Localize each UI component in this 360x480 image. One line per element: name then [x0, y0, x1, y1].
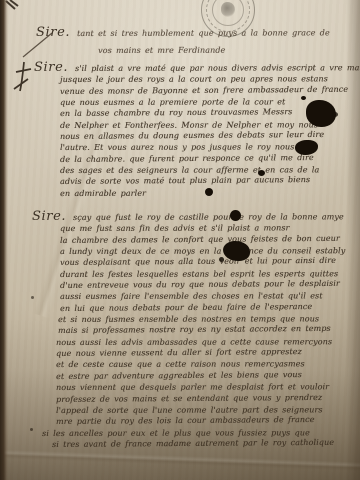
ink-blot-satellite: [219, 257, 224, 262]
paragraph-opening-sire: Sire.: [32, 209, 66, 224]
ink-blot-large-2: [223, 241, 250, 261]
manuscript-line: d'une entreveue vous du roy que nous deb…: [60, 279, 345, 293]
ink-blot-satellite: [301, 96, 306, 100]
bottom-shadow: [0, 370, 360, 480]
manuscript-line: la chambre des dames le confort que vous…: [60, 233, 345, 247]
manuscript-line: en lui que nous debats pour de beau fair…: [60, 302, 345, 316]
ink-spot: [258, 170, 265, 176]
paragraph-opening-sire: Sire.: [34, 60, 68, 75]
margin-ink-dot: [31, 296, 34, 299]
paragraph-2: Sire. s'il plaist a vre maté que par nou…: [34, 60, 360, 200]
ink-spot: [230, 210, 241, 221]
manuscript-line: vous desplaisant que nous alla tous veoi…: [60, 256, 345, 270]
manuscript-line: advis de sorte vos maté tout plus plain …: [60, 175, 360, 189]
manuscript-line: tant et si tres humblement que puys a la…: [77, 28, 330, 46]
manuscript-photo: Sire. tant et si tres humblement que puy…: [0, 0, 360, 480]
ink-spot: [205, 188, 213, 196]
paragraph-opening-sire: Sire.: [36, 25, 70, 40]
paragraph-1: Sire. tant et si tres humblement que puy…: [36, 25, 330, 63]
stamp-emblem: [221, 2, 235, 17]
manuscript-line: mais si professames nostre roy es ny est…: [58, 324, 345, 338]
manuscript-line: venue des monsr de Bayonne et son frere …: [60, 84, 360, 98]
ink-blot-satellite: [332, 112, 338, 117]
manuscript-line: de la chambre. que furent pour responce …: [60, 152, 360, 166]
